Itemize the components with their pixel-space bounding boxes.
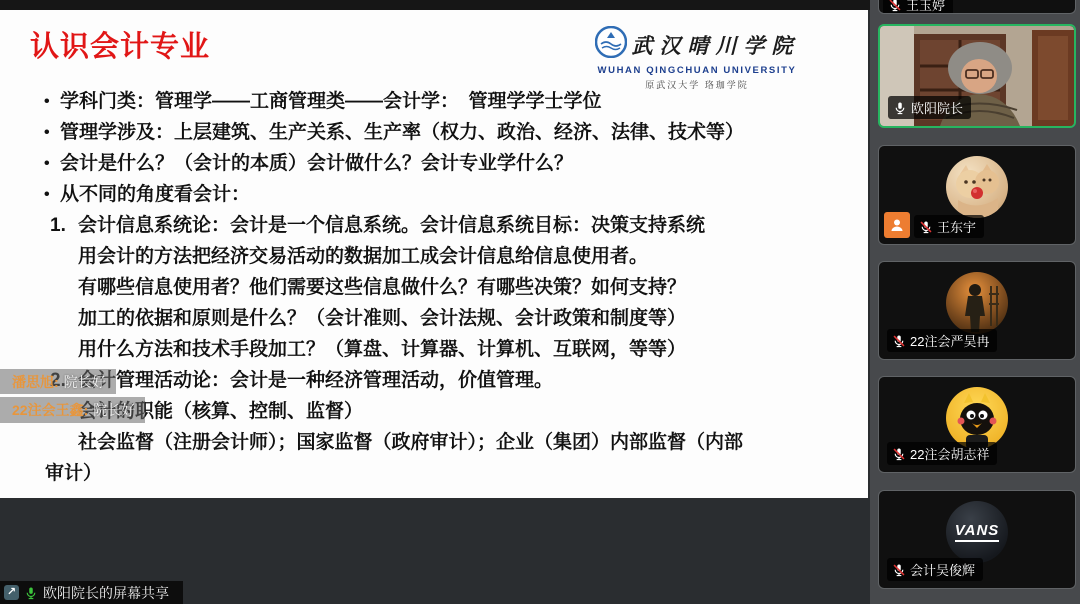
slide-line: 加工的依据和原则是什么？（会计准则、会计法规、会计政策和制度等） [0, 303, 868, 334]
slide-line: •学科门类：管理学——工商管理类——会计学： 管理学学士学位 [0, 86, 868, 117]
participant-tile[interactable]: 22注会胡志祥 [878, 376, 1076, 473]
slide-line: 用什么方法和技术手段加工？（算盘、计算器、计算机、互联网，等等） [0, 334, 868, 365]
participant-name-label: 王东宇 [914, 215, 984, 238]
slide-line: 审计） [0, 458, 868, 489]
profile-badge-icon [884, 212, 910, 238]
share-label: 欧阳院长的屏幕共享 [43, 583, 169, 603]
chat-sender: 22注会王鑫: [12, 400, 88, 420]
mic-muted-icon [892, 334, 906, 348]
slide-line: •从不同的角度看会计： [0, 179, 868, 210]
presentation-slide: 认识会计专业 武汉晴川学院 WUHAN QINGCHUAN UNIVERSITY [0, 10, 868, 498]
mic-muted-icon [888, 0, 902, 12]
avatar [946, 156, 1008, 218]
mic-muted-icon [892, 563, 906, 577]
mic-muted-icon [919, 220, 933, 234]
chat-sender: 潘思旭: [12, 372, 59, 392]
university-logo: 武汉晴川学院 WUHAN QINGCHUAN UNIVERSITY 原武汉大学 … [582, 26, 812, 91]
slide-title: 认识会计专业 [30, 24, 210, 65]
participant-name: 22注会胡志祥 [910, 444, 989, 463]
participant-name-label: 欧阳院长 [888, 96, 971, 119]
participant-tile[interactable]: 22注会严昊冉 [878, 261, 1076, 360]
slide-line: 社会监督（注册会计师）；国家监督（政府审计）；企业（集团）内部监督（内部 [0, 427, 868, 458]
shared-screen-area: 认识会计专业 武汉晴川学院 WUHAN QINGCHUAN UNIVERSITY [0, 0, 870, 604]
screen-share-indicator[interactable]: ↗ 欧阳院长的屏幕共享 [0, 581, 183, 604]
participant-name-label: 会计吴俊辉 [887, 558, 983, 581]
participant-name: 22注会严昊冉 [910, 331, 989, 350]
participant-name-label: 王玉婷 [883, 0, 953, 14]
chat-toast: 22注会王鑫: 院长好 [0, 397, 145, 423]
slide-body: •学科门类：管理学——工商管理类——会计学： 管理学学士学位 •管理学涉及：上层… [0, 86, 868, 489]
participant-name-label: 22注会胡志祥 [887, 442, 997, 465]
participant-name-label: 22注会严昊冉 [887, 329, 997, 352]
participant-name: 欧阳院长 [911, 98, 963, 117]
participants-sidebar: 王玉婷 [870, 0, 1080, 604]
participant-tile[interactable]: VANS 会计吴俊辉 [878, 490, 1076, 589]
participant-tile[interactable]: 王玉婷 [878, 0, 1076, 14]
meeting-window: 认识会计专业 武汉晴川学院 WUHAN QINGCHUAN UNIVERSITY [0, 0, 1080, 604]
mic-on-icon [893, 101, 907, 115]
share-arrow-icon: ↗ [4, 585, 19, 600]
participant-name: 王东宇 [937, 217, 976, 236]
participant-tile[interactable]: 王东宇 [878, 145, 1076, 245]
university-emblem-icon [595, 26, 627, 63]
participant-name: 王玉婷 [906, 0, 945, 14]
mic-muted-icon [892, 447, 906, 461]
avatar [946, 387, 1008, 449]
slide-line: 有哪些信息使用者？他们需要这些信息做什么？有哪些决策？如何支持？ [0, 272, 868, 303]
avatar-brand-text: VANS [955, 522, 1000, 542]
chat-message: 院长好 [64, 372, 106, 392]
university-name-cn: 武汉晴川学院 [632, 30, 800, 60]
participant-name: 会计吴俊辉 [910, 560, 975, 579]
slide-line: 2.会计管理活动论：会计是一种经济管理活动，价值管理。 [0, 365, 868, 396]
top-black-strip [0, 0, 870, 10]
university-name-en: WUHAN QINGCHUAN UNIVERSITY [582, 65, 812, 76]
avatar [946, 272, 1008, 334]
participant-tile-active-speaker[interactable]: 欧阳院长 [878, 24, 1076, 128]
slide-line: •会计是什么？（会计的本质）会计做什么？会计专业学什么？ [0, 148, 868, 179]
slide-line: •管理学涉及：上层建筑、生产关系、生产率（权力、政治、经济、法律、技术等） [0, 117, 868, 148]
chat-message: 院长好 [93, 400, 135, 420]
avatar: VANS [946, 501, 1008, 563]
mic-on-icon [24, 586, 38, 600]
slide-line: 用会计的方法把经济交易活动的数据加工成会计信息给信息使用者。 [0, 241, 868, 272]
chat-toast: 潘思旭: 院长好 [0, 369, 116, 394]
slide-line: 1.会计信息系统论：会计是一个信息系统。会计信息系统目标：决策支持系统 [0, 210, 868, 241]
